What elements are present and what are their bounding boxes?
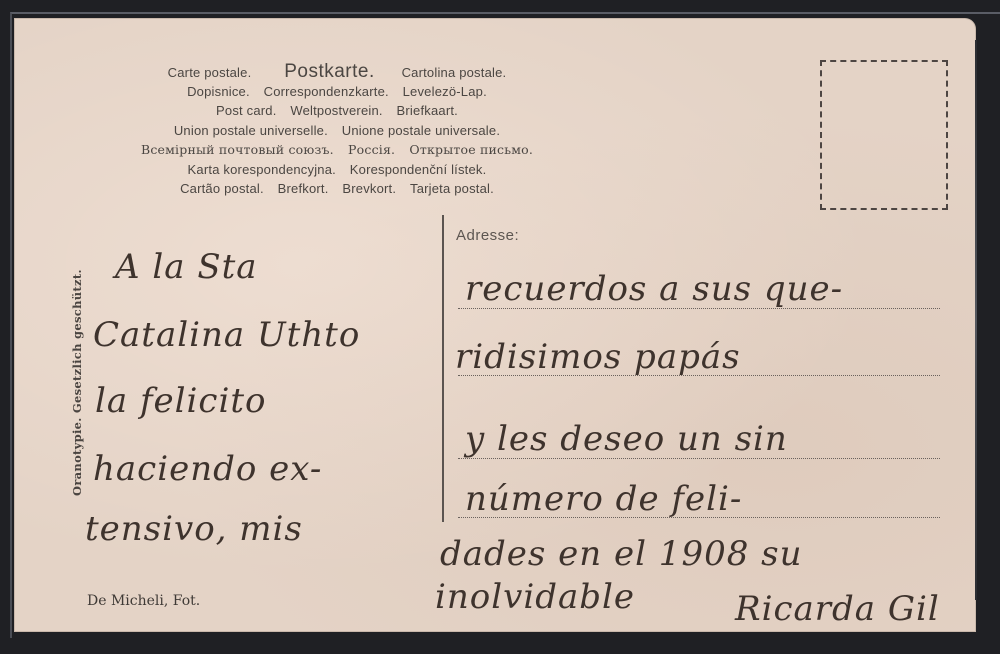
- postcard: Carte postale. Postkarte. Cartolina post…: [15, 19, 975, 631]
- header-text: Briefkaart.: [397, 103, 458, 118]
- address-label: Adresse:: [456, 227, 519, 244]
- handwriting-right-4: número de feli-: [465, 479, 742, 519]
- handwriting-right-2: ridisimos papás: [455, 337, 741, 377]
- multilingual-header: Carte postale. Postkarte. Cartolina post…: [112, 62, 562, 199]
- header-line-5: Всемiрный почтовый союзъ. Россiя. Открыт…: [112, 140, 562, 160]
- handwriting-left-5: tensivo, mis: [85, 509, 303, 549]
- header-line-7: Cartão postal. Brefkort. Brevkort. Tarje…: [112, 179, 562, 199]
- header-text: Karta korespondencyjna.: [188, 162, 336, 177]
- header-text: Weltpostverein.: [290, 103, 382, 118]
- handwriting-left-4: haciendo ex-: [93, 449, 322, 489]
- handwriting-right-6: inolvidable: [435, 577, 635, 617]
- handwriting-right-1: recuerdos a sus que-: [465, 269, 843, 309]
- header-line-3: Post card. Weltpostverein. Briefkaart.: [112, 101, 562, 121]
- header-line-6: Karta korespondencyjna. Korespondenční l…: [112, 160, 562, 180]
- header-text: Всемiрный почтовый союзъ.: [141, 142, 334, 157]
- sleeve-edge: [975, 40, 977, 600]
- header-text: Cartão postal.: [180, 181, 264, 196]
- header-text: Открытое письмо.: [409, 142, 533, 157]
- header-text: Brevkort.: [342, 181, 396, 196]
- handwriting-left-3: la felicito: [95, 381, 266, 421]
- stamp-box: [820, 60, 948, 210]
- handwriting-signature: Ricarda Gil: [735, 589, 940, 629]
- vertical-imprint: Oranotypie. Gesetzlich geschützt.: [70, 269, 84, 496]
- header-text: Correspondenzkarte.: [264, 84, 389, 99]
- header-line-2: Dopisnice. Correspondenzkarte. Levelezö-…: [112, 82, 562, 102]
- header-title-postkarte: Postkarte.: [284, 61, 375, 82]
- header-text: Tarjeta postal.: [410, 181, 494, 196]
- header-text: Union postale universelle.: [174, 123, 328, 138]
- header-text: Brefkort.: [278, 181, 329, 196]
- handwriting-right-5: dades en el 1908 su: [440, 534, 803, 574]
- header-text: Carte postale.: [168, 65, 252, 80]
- photographer-credit: De Micheli, Fot.: [87, 593, 200, 609]
- header-text: Cartolina postale.: [402, 65, 507, 80]
- header-text: Dopisnice.: [187, 84, 250, 99]
- handwriting-right-3: y les deseo un sin: [465, 419, 788, 459]
- handwriting-left-2: Catalina Uthto: [93, 315, 360, 355]
- header-text: Россiя.: [348, 142, 395, 157]
- header-text: Unione postale universale.: [342, 123, 500, 138]
- divider-line: [442, 215, 444, 522]
- handwriting-left-1: A la Sta: [115, 247, 258, 287]
- header-text: Post card.: [216, 103, 277, 118]
- header-text: Korespondenční lístek.: [350, 162, 487, 177]
- header-line-4: Union postale universelle. Unione postal…: [112, 121, 562, 141]
- header-line-1: Carte postale. Postkarte. Cartolina post…: [112, 62, 562, 82]
- header-text: Levelezö-Lap.: [403, 84, 487, 99]
